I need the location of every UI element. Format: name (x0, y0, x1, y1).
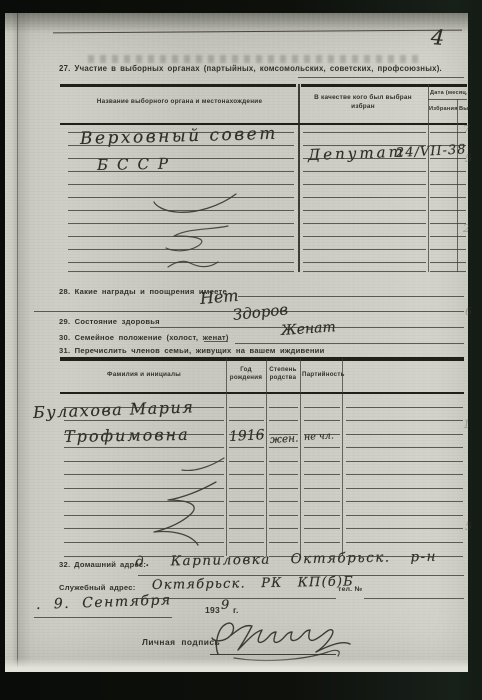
family-member-name-line2: Трофимовна (64, 425, 190, 446)
ruled-line (303, 223, 426, 224)
ruled-line (68, 145, 294, 146)
ruled-line (304, 420, 340, 421)
table27-vline-col3sub (457, 99, 458, 272)
table31-crossout-flourish (138, 448, 248, 556)
ruled-line (229, 501, 264, 502)
ruled-line (430, 158, 466, 159)
ruled-line (346, 501, 463, 502)
ruled-line (68, 158, 294, 159)
page-number: 4 (430, 25, 445, 50)
ruled-line (304, 528, 340, 529)
ruled-line (304, 542, 340, 543)
ruled-line (229, 407, 264, 408)
ruled-line (304, 474, 340, 475)
ruled-line (68, 171, 294, 172)
ruled-line (303, 271, 426, 272)
table31-vline-2 (266, 358, 267, 556)
ruled-line (229, 542, 264, 543)
ruled-line (229, 461, 264, 462)
table27-col3-sub2-header: Выбы (459, 106, 469, 112)
ruled-line (346, 542, 463, 543)
ruled-line (68, 184, 294, 185)
ruled-line (64, 556, 224, 557)
ruled-line (303, 145, 426, 146)
title-underline (298, 77, 464, 78)
ruled-line (229, 488, 264, 489)
family-member-birth-year: 1916 (229, 427, 265, 445)
table27-vline-col3 (428, 84, 429, 272)
ruled-line (430, 132, 466, 133)
ruled-line (68, 236, 294, 237)
ruled-line (64, 407, 224, 408)
ruled-line (229, 447, 264, 448)
married-word-underline (204, 341, 228, 342)
margin-ghost-digit: 1 (463, 418, 470, 431)
ruled-line (269, 420, 298, 421)
margin-ghost-digit: 5 (465, 152, 472, 165)
ruled-line (269, 542, 298, 543)
section-29-label: 29. Состояние здоровья (59, 317, 160, 326)
ruled-line (430, 262, 466, 263)
ruled-line (346, 474, 463, 475)
ruled-line (430, 184, 466, 185)
ruled-line (303, 262, 426, 263)
ruled-line (303, 236, 426, 237)
table27-top-bar-left (60, 84, 296, 87)
page-bottom-edge (5, 658, 468, 672)
table31-vline-3 (300, 358, 301, 556)
ruled-line (269, 488, 298, 489)
ruled-line (430, 249, 466, 250)
ruled-line (430, 223, 466, 224)
table31-header-party: Партийность (302, 371, 340, 379)
scanned-form-photo: 4 27. Участие в выборных органах (партый… (0, 0, 482, 700)
ruled-line (64, 488, 224, 489)
table27-col1-header: Название выборного органа и местонахожде… (63, 98, 296, 106)
bleed-through-text (88, 55, 418, 63)
ruled-line (269, 501, 298, 502)
ruled-line (229, 434, 264, 435)
date-line (34, 617, 172, 618)
ruled-line (68, 249, 294, 250)
ruled-line (304, 461, 340, 462)
ruled-line (64, 542, 224, 543)
ruled-line (64, 420, 224, 421)
ruled-line (346, 434, 463, 435)
section-28-line1 (238, 296, 464, 297)
ruled-line (269, 447, 298, 448)
ruled-line (303, 158, 426, 159)
ruled-line (229, 474, 264, 475)
table27-col3-sub1-header: Избрания (429, 106, 457, 112)
table31-header-birth-year: Год рождения (228, 366, 264, 382)
ruled-line (269, 528, 298, 529)
ruled-line (269, 407, 298, 408)
section-28-answer: Нет (199, 286, 239, 308)
table27-crossout-flourish (140, 186, 262, 278)
ruled-line (64, 474, 224, 475)
ruled-line (304, 501, 340, 502)
table27-top-bar-right (301, 84, 467, 87)
margin-ghost-digit: 6 (465, 305, 472, 318)
ruled-line (430, 145, 466, 146)
table31-top-bar (60, 357, 464, 361)
ruled-line (68, 197, 294, 198)
ruled-line (269, 474, 298, 475)
ruled-line (346, 488, 463, 489)
ruled-line (303, 197, 426, 198)
ruled-line (229, 420, 264, 421)
ruled-line (64, 515, 224, 516)
ruled-line (64, 447, 224, 448)
ruled-line (269, 461, 298, 462)
ruled-line (430, 171, 466, 172)
section-30-line (235, 343, 464, 344)
ruled-line (346, 407, 463, 408)
ruled-line (269, 434, 298, 435)
table31-header-name: Фамилия и инициалы (64, 371, 224, 379)
ruled-line (303, 171, 426, 172)
ruled-line (304, 556, 340, 557)
ruled-line (346, 528, 463, 529)
ruled-line (229, 528, 264, 529)
ruled-line (269, 515, 298, 516)
ruled-line (346, 461, 463, 462)
ruled-line (303, 184, 426, 185)
ruled-line (229, 515, 264, 516)
ruled-line (346, 420, 463, 421)
ruled-line (68, 223, 294, 224)
year-handwritten-digit: 9 (221, 598, 229, 613)
ruled-line (304, 488, 340, 489)
table27-col2-header-line2: избран (300, 103, 426, 110)
margin-ghost-digit: 7 (463, 123, 470, 136)
ruled-line (346, 556, 463, 557)
margin-ghost-digit: 5 (465, 520, 472, 533)
ruled-line (64, 501, 224, 502)
ruled-line (68, 132, 294, 133)
ruled-line (430, 271, 466, 272)
year-printed-prefix: 193 (205, 605, 220, 615)
table31-header-bottom-bar (60, 392, 464, 394)
year-suffix: г. (233, 605, 239, 615)
page-spine-line (17, 13, 18, 672)
ruled-line (346, 515, 463, 516)
ruled-line (304, 515, 340, 516)
table27-vline-col2 (298, 84, 300, 272)
ruled-line (68, 210, 294, 211)
ruled-line (346, 447, 463, 448)
telephone-label: тел. № (338, 586, 362, 593)
ruled-line (68, 262, 294, 263)
table27-col2-header-line1: В качестве кого был выбран (300, 94, 426, 101)
ruled-line (68, 271, 294, 272)
ruled-line (64, 434, 224, 435)
section-31-label: 31. Перечислить членов семьи, живущих на… (59, 346, 325, 355)
ruled-line (269, 556, 298, 557)
ruled-line (430, 197, 466, 198)
ruled-line (430, 210, 466, 211)
work-address-label: Служебный адрес: (59, 583, 136, 592)
table27-col3-divider (428, 99, 467, 100)
ruled-line (304, 434, 340, 435)
section-27-title: 27. Участие в выборных органах (партыйны… (59, 64, 442, 73)
ruled-line (64, 461, 224, 462)
ruled-line (304, 407, 340, 408)
ruled-line (303, 132, 426, 133)
table27-col3-header: Дата (месяц, г (430, 90, 467, 96)
ruled-line (303, 249, 426, 250)
ruled-line (304, 447, 340, 448)
telephone-line (364, 598, 464, 599)
table31-header-relation: Степень родства (268, 366, 298, 382)
table31-vline-4 (342, 358, 343, 556)
home-address-label: 32. Домашний адрес: (59, 560, 146, 569)
ruled-line (430, 236, 466, 237)
ruled-line (64, 528, 224, 529)
ruled-line (303, 210, 426, 211)
ruled-line (229, 556, 264, 557)
family-member-party: не чл. (304, 430, 334, 443)
